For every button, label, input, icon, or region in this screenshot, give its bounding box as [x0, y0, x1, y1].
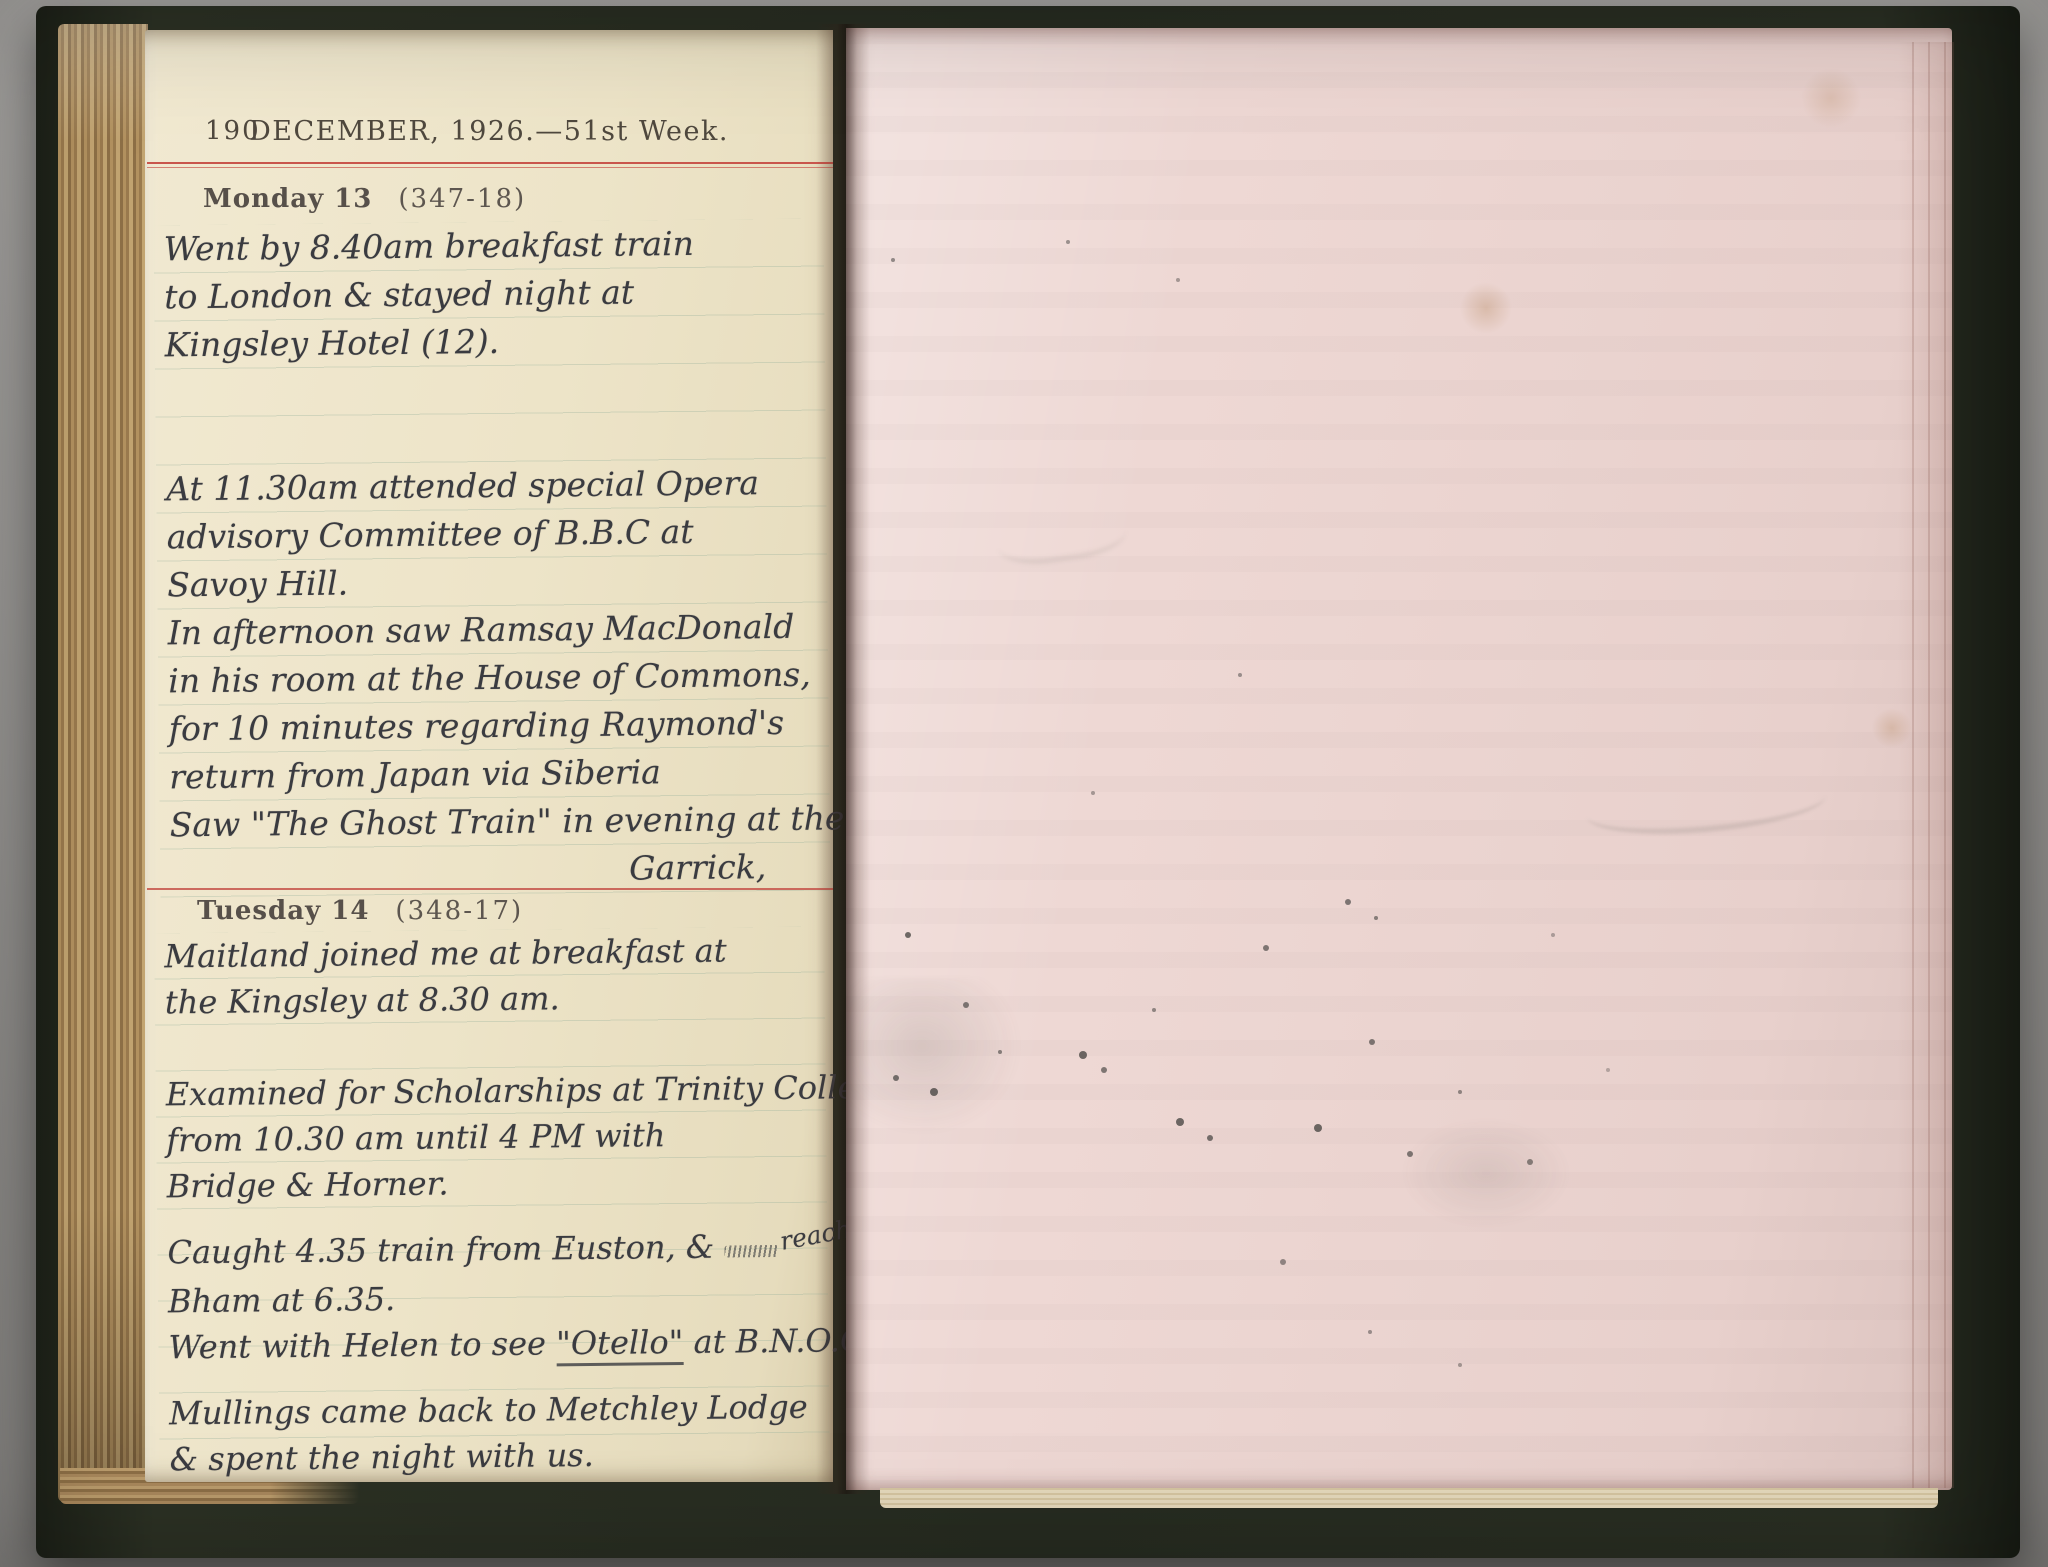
- handwritten-line: return from Japan via Siberia: [159, 746, 829, 801]
- day-label: Tuesday 14: [197, 896, 369, 926]
- day-code: (348-17): [395, 896, 523, 926]
- handwritten-line: At 11.30am attended special Opera: [156, 458, 826, 513]
- handwritten-line: the Kingsley at 8.30 am.: [155, 973, 825, 1026]
- diary-left-page: 190 DECEMBER, 1926.—51st Week. Monday 13…: [145, 30, 833, 1482]
- handwritten-line: Went by 8.40am breakfast train: [153, 219, 823, 274]
- day-heading-monday: Monday 13(347-18): [203, 184, 526, 214]
- pencil-mark: [1584, 770, 1828, 843]
- book-gutter-shadow: [816, 24, 870, 1494]
- entry-tuesday: Maitland joined me at breakfast atthe Ki…: [154, 927, 830, 1483]
- pencil-mark: [993, 497, 1129, 570]
- crossed-out-word: [724, 1245, 778, 1258]
- page-header-title: DECEMBER, 1926.—51st Week.: [145, 116, 833, 147]
- handwritten-line: In afternoon saw Ramsay MacDonald: [158, 602, 828, 657]
- handwritten-line: Examined for Scholarships at Trinity Col…: [156, 1064, 826, 1117]
- day-heading-tuesday: Tuesday 14(348-17): [197, 896, 523, 926]
- handwritten-line: [156, 410, 826, 465]
- page-edge-stack: [1898, 42, 1954, 1488]
- handwritten-line: [155, 363, 825, 418]
- page-under-edge: [880, 1488, 1938, 1508]
- ink-smudge: [846, 978, 1036, 1148]
- handwritten-line: Caught 4.35 train from Euston, &reached: [157, 1222, 827, 1278]
- handwritten-line: Went with Helen to see "Otello" at B.N.O…: [158, 1317, 828, 1370]
- handwritten-line: to London & stayed night at: [154, 267, 824, 322]
- handwritten-line: advisory Committee of B.B.C at: [157, 506, 827, 561]
- ink-smudge: [1386, 1108, 1586, 1238]
- handwritten-line: Mullings came back to Metchley Lodge: [159, 1383, 829, 1436]
- handwritten-line: Saw "The Ghost Train" in evening at the: [160, 794, 830, 849]
- handwritten-line: & spent the night with us.: [159, 1429, 829, 1482]
- day-label: Monday 13: [203, 184, 372, 214]
- page-fore-edge: [58, 24, 148, 1502]
- entry-monday: Went by 8.40am breakfast trainto London …: [153, 219, 830, 898]
- handwritten-line: in his room at the House of Commons,: [158, 650, 828, 705]
- handwritten-line: Bridge & Horner.: [157, 1156, 827, 1209]
- red-rule-top: [147, 162, 833, 170]
- underlined-word: "Otello": [556, 1323, 684, 1366]
- red-rule-tuesday: [147, 888, 833, 890]
- blotting-page: [846, 28, 1952, 1490]
- handwritten-line: Bham at 6.35.: [158, 1271, 828, 1324]
- handwritten-line: [155, 1019, 825, 1072]
- handwritten-line: for 10 minutes regarding Raymond's: [159, 698, 829, 753]
- day-code: (347-18): [398, 184, 526, 214]
- handwritten-line: Kingsley Hotel (12).: [155, 315, 825, 370]
- handwritten-line: Maitland joined me at breakfast at: [154, 927, 824, 980]
- handwritten-line: from 10.30 am until 4 PM with: [156, 1110, 826, 1163]
- photo-backdrop: 190 DECEMBER, 1926.—51st Week. Monday 13…: [0, 0, 2048, 1567]
- handwritten-line: Savoy Hill.: [157, 554, 827, 609]
